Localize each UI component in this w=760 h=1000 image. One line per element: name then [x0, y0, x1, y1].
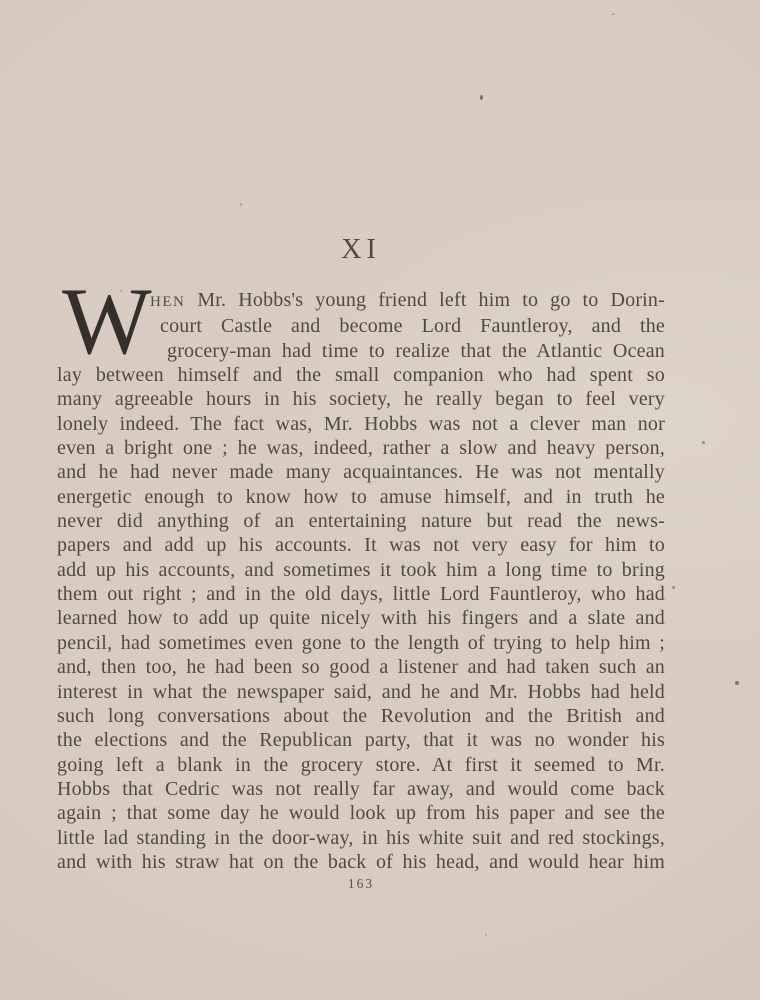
body-line: going left a blank in the grocery store.…	[57, 753, 665, 777]
small-caps-word-start: hen	[150, 294, 185, 310]
paragraph: hen Mr. Hobbs's young friend left him to…	[57, 288, 665, 874]
body-text: W hen Mr. Hobbs's young friend left him …	[57, 288, 665, 874]
body-line: papers and add up his accounts. It was n…	[57, 533, 665, 557]
body-line: court Castle and become Lord Fauntleroy,…	[160, 314, 665, 338]
book-page: XI W hen Mr. Hobbs's young friend left h…	[0, 0, 760, 1000]
body-line: energetic enough to know how to amuse hi…	[57, 485, 665, 509]
body-line: pencil, had sometimes even gone to the l…	[57, 631, 665, 655]
drop-cap: W	[62, 274, 152, 369]
body-line: and, then too, he had been so good a lis…	[57, 655, 665, 679]
body-line: them out right ; and in the old days, li…	[57, 582, 665, 606]
body-line: lonely indeed. The fact was, Mr. Hobbs w…	[57, 412, 665, 436]
paper-speck	[672, 586, 675, 589]
line-text: Mr. Hobbs's young friend left him to go …	[197, 289, 665, 311]
paper-speck	[735, 681, 739, 685]
body-line: many agreeable hours in his society, he …	[57, 387, 665, 411]
body-line: Hobbs that Cedric was not really far awa…	[57, 777, 665, 801]
body-line: the elections and the Republican party, …	[57, 728, 665, 752]
body-line: such long conversations about the Revolu…	[57, 704, 665, 728]
chapter-heading: XI	[57, 234, 665, 266]
body-line: hen Mr. Hobbs's young friend left him to…	[150, 288, 665, 314]
paper-speck	[702, 441, 705, 444]
body-line: little lad standing in the door-way, in …	[57, 826, 665, 850]
body-line: interest in what the newspaper said, and…	[57, 680, 665, 704]
body-line: never did anything of an entertaining na…	[57, 509, 665, 533]
paper-speck	[240, 203, 242, 206]
body-line: even a bright one ; he was, indeed, rath…	[57, 436, 665, 460]
paper-speck	[480, 95, 483, 100]
page-number: 163	[57, 876, 665, 892]
body-line: grocery-man had time to realize that the…	[167, 339, 665, 363]
body-line: again ; that some day he would look up f…	[57, 801, 665, 825]
body-line: learned how to add up quite nicely with …	[57, 606, 665, 630]
paper-speck	[485, 934, 487, 936]
body-line: and with his straw hat on the back of hi…	[57, 850, 665, 874]
body-line: add up his accounts, and sometimes it to…	[57, 558, 665, 582]
body-line: and he had never made many acquaintances…	[57, 460, 665, 484]
paper-speck	[612, 13, 615, 15]
